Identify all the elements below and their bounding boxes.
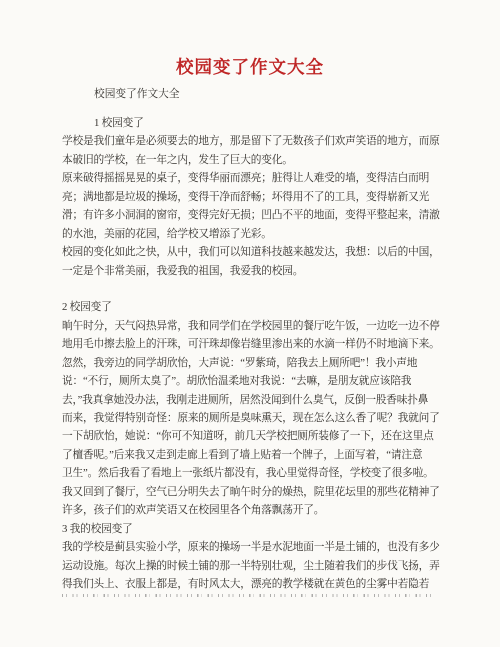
text-line: 而来，我觉得特别奇怪：原来的厕所是臭味熏天，现在怎么这么香了呢？我就问了: [62, 409, 442, 427]
text-line: 卫生”。然后我看了看地上一张纸片都没有，我心里觉得奇怪，学校变了很多啦。: [62, 464, 442, 482]
page-title: 校园变了作文大全: [0, 56, 500, 78]
text-line: 运动设施。每次上操的时候土铺的那一半特别壮观，尘土随着我们的步伐飞扬，弄: [62, 557, 442, 575]
clipped-text-line: [62, 594, 434, 597]
document-content: 校园变了作文大全 1 校园变了学校是我们童年是必须要去的地方，那是留下了无数孩子…: [0, 87, 500, 597]
text-line: 许多，孩子们的欢声笑语又在校园里各个角落飘荡开了。: [62, 501, 442, 519]
text-line: 忽然，我旁边的同学胡欣怡，大声说：“罗紫琦，陪我去上厕所吧”！我小声地: [62, 354, 442, 372]
text-line: 的水池，美丽的花园，给学校又增添了光彩。: [62, 225, 442, 243]
section-heading: 2 校园变了: [62, 298, 442, 316]
text-line: 校园的变化如此之快，从中，我们可以知道科技越来越发达，我想：以后的中国，: [62, 243, 442, 261]
text-line: 得我们头上、衣服上都是，有时风太大，漂亮的教学楼就在黄色的尘雾中若隐若: [62, 575, 442, 593]
document-body: 1 校园变了学校是我们童年是必须要去的地方，那是留下了无数孩子们欢声笑语的地方，…: [62, 114, 442, 597]
section-heading: 1 校园变了: [62, 114, 442, 132]
text-line: 原来破得摇摇晃晃的桌子，变得华丽而漂亮；脏得让人难受的墙，变得洁白而明: [62, 169, 442, 187]
text-line: 一定是个非常美丽，我爱我的祖国，我爱我的校园。: [62, 262, 442, 280]
text-line: 我的学校是蓟县实验小学，原来的操场一半是水泥地面一半是土铺的，也没有多少: [62, 538, 442, 556]
text-line: 去，”我真拿她没办法，我刚走进厕所，居然没闻到什么臭气，反倒一股香味扑鼻: [62, 391, 442, 409]
document-page: 校园变了作文大全 校园变了作文大全 1 校园变了学校是我们童年是必须要去的地方，…: [0, 0, 500, 647]
text-line: 本破旧的学校，在一年之内，发生了巨大的变化。: [62, 151, 442, 169]
section-heading: 3 我的校园变了: [62, 520, 442, 538]
text-line: 一下胡欣怡，她说：“你可不知道呀，前几天学校把厕所装修了一下，还在这里点: [62, 427, 442, 445]
text-line: 了檀香呢。”后来我又走到走廊上看到了墙上贴着一个牌子，上面写着，“请注意: [62, 446, 442, 464]
text-line: 亮；满地都是垃圾的操场，变得干净而舒畅；坏得用不了的工具，变得崭新又光: [62, 188, 442, 206]
text-line: 晌午时分，天气闷热异常，我和同学们在学校园里的餐厅吃午饭，一边吃一边不停: [62, 317, 442, 335]
text-line: 说：“不行，厕所太臭了”。胡欣怡温柔地对我说：“去嘛，是朋友就应该陪我: [62, 372, 442, 390]
text-line: 我又回到了餐厅，空气已分明失去了晌午时分的燥热，院里花坛里的那些花精神了: [62, 483, 442, 501]
text-line: 学校是我们童年是必须要去的地方，那是留下了无数孩子们欢声笑语的地方，而原: [62, 132, 442, 150]
blank-line: [62, 280, 442, 298]
text-line: 滑；有许多小洞洞的窗帘，变得完好无损；凹凸不平的地面，变得平整起来，清澈: [62, 206, 442, 224]
document-subtitle: 校园变了作文大全: [62, 87, 442, 101]
text-line: 地用毛巾擦去脸上的汗珠，可汗珠却像岩缝里渗出来的水滴一样仍不时地滴下来。: [62, 335, 442, 353]
